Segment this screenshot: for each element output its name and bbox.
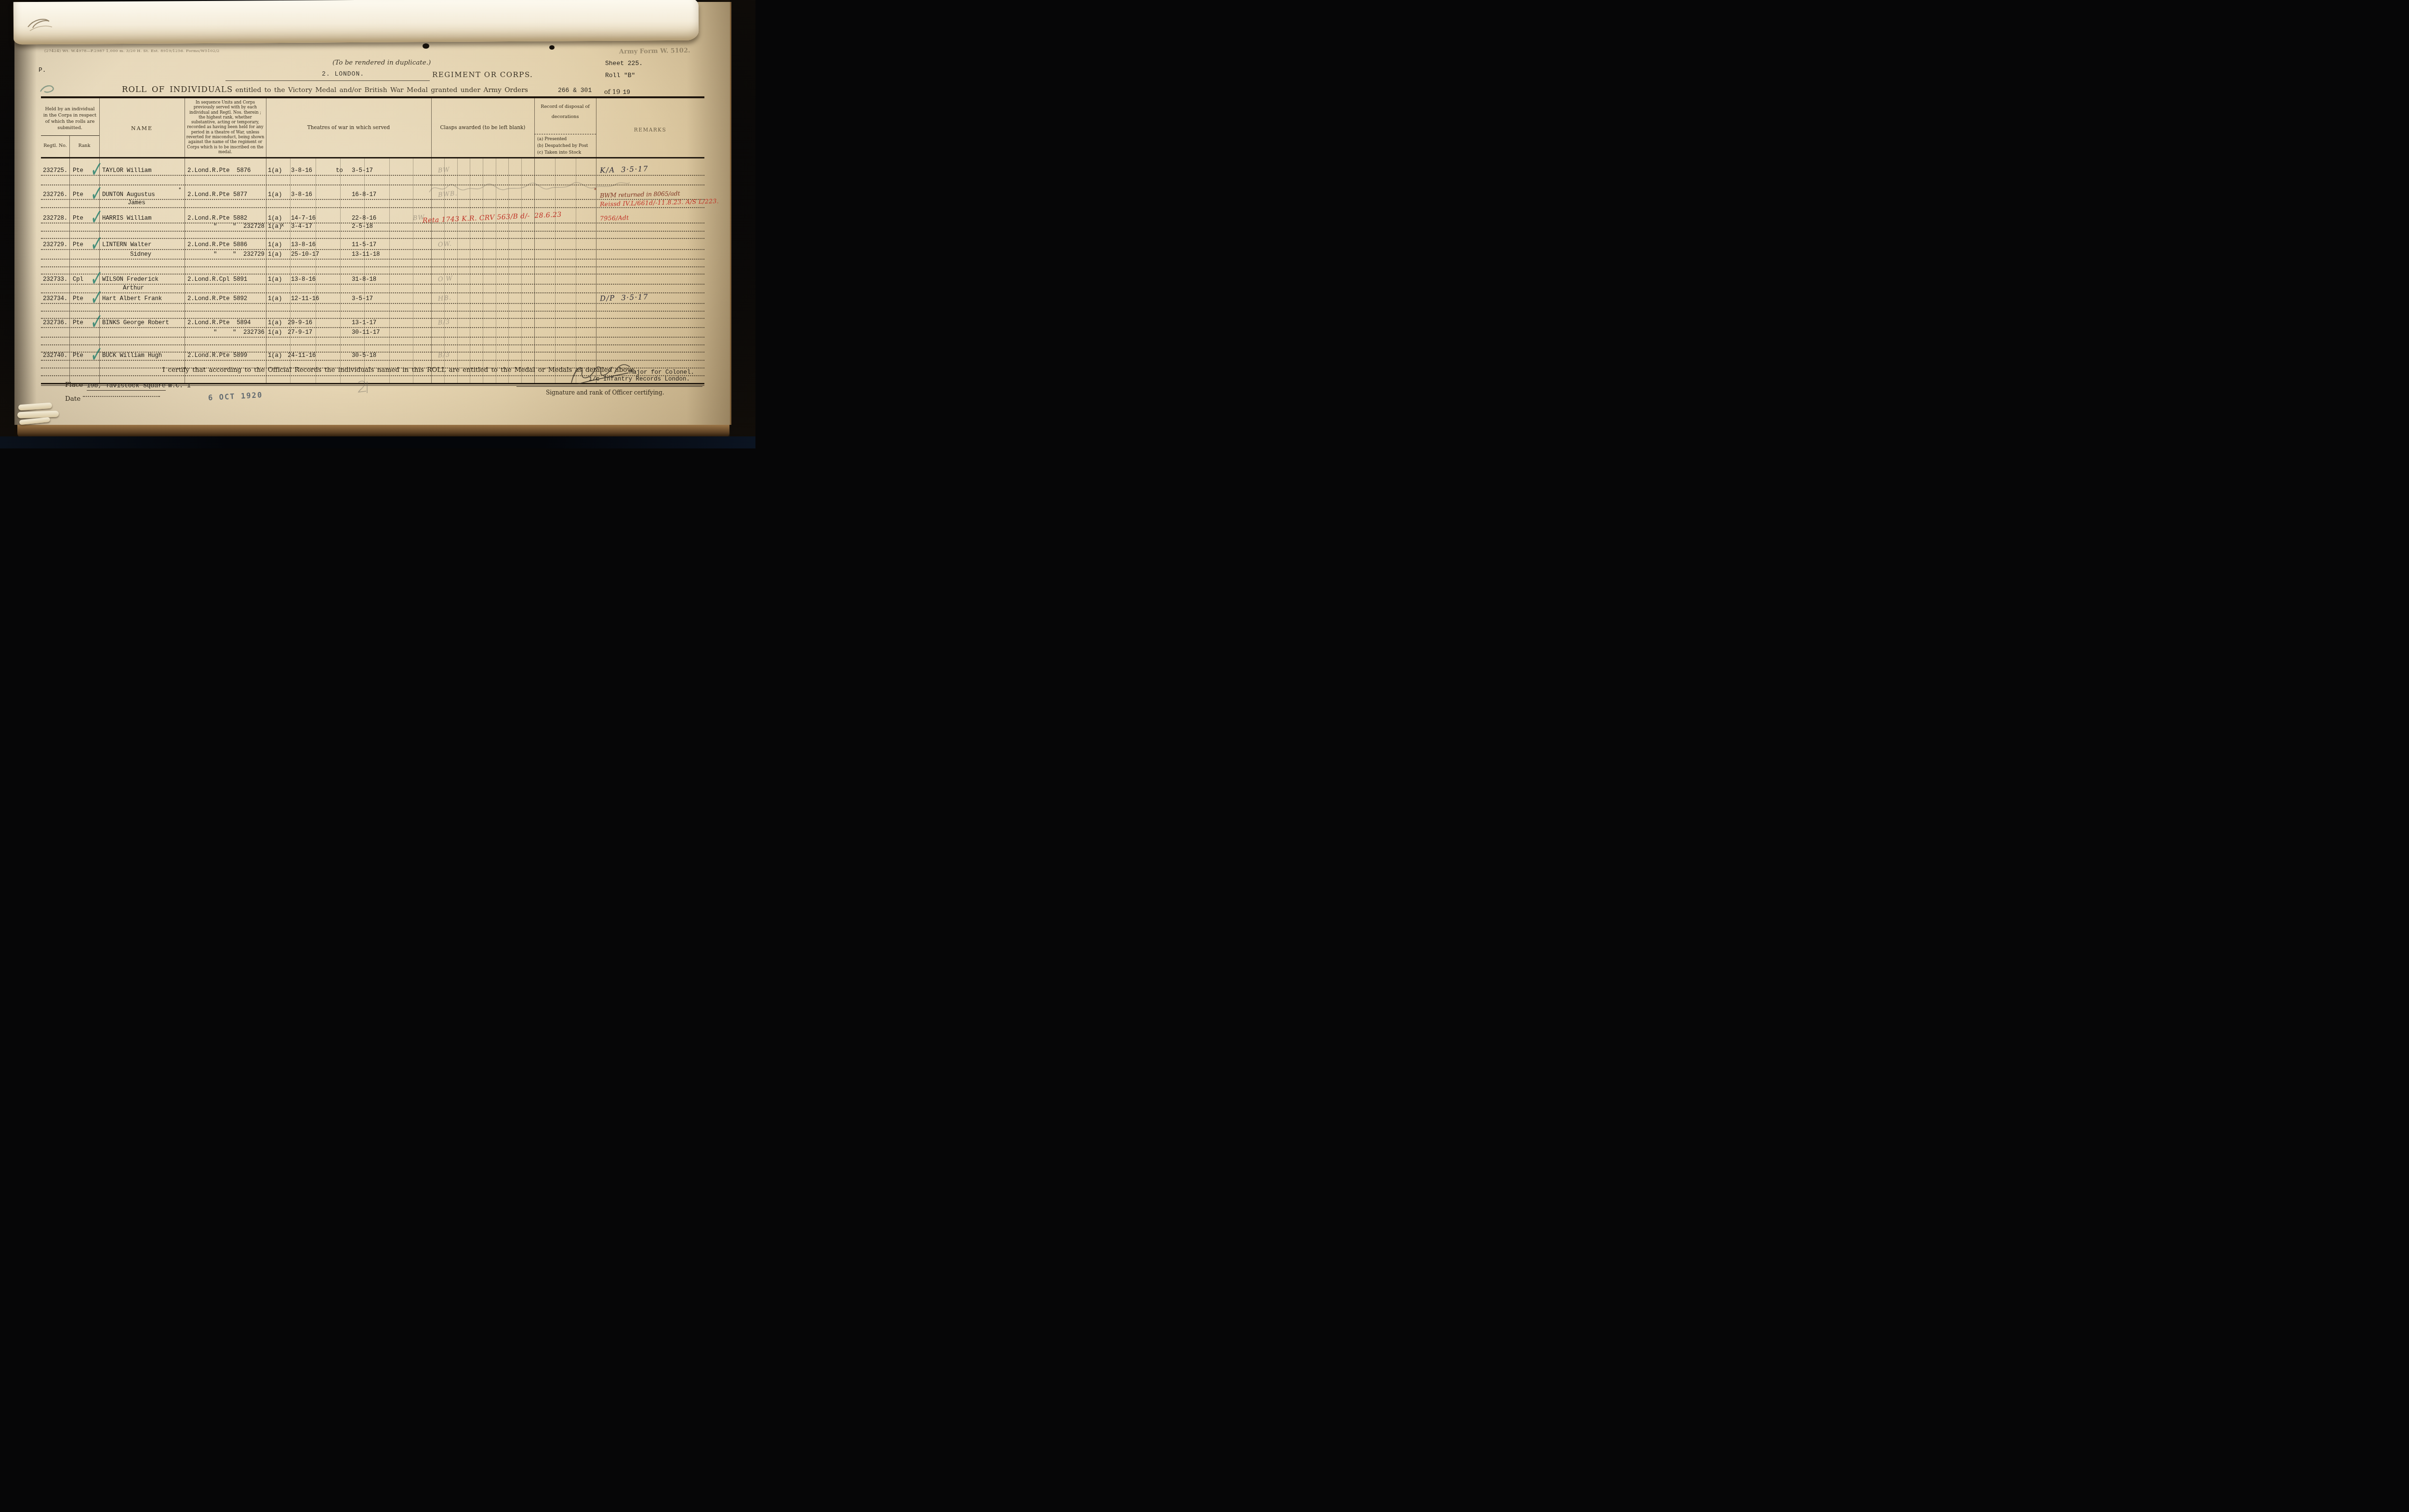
table-header: Held by an individual in the Corps in re… (41, 98, 704, 158)
table-row-empty (41, 267, 704, 275)
regtl-no-value: 232728. (43, 215, 67, 222)
theatre-date-from: 13-8-16 (291, 241, 316, 248)
col-header-disposal-b: (b) Despatched by Post (537, 144, 588, 148)
theatre-to-word: to (336, 167, 343, 174)
regiment-name-value: 2. LONDON. (322, 70, 364, 78)
table-row: 232726.Pte✓DUNTON Augustus*2.Lond.R.Pte … (41, 185, 704, 200)
cell-value: " (213, 251, 217, 258)
unit-served-value: 2.Lond.R.Pte 5894 (187, 319, 251, 326)
held-by-divider (41, 135, 99, 136)
place-value-suffix: W.C. 1 (168, 382, 191, 389)
unit-served-value: 2.Lond.R.Pte 5892 (187, 295, 247, 302)
place-value: 19b, Tavistock Square W.C. 1 (87, 380, 191, 389)
col-header-theatres: Theatres of war in which served (266, 125, 431, 131)
rank-value: Pte (73, 167, 83, 174)
theatre-date-to: 30-11-17 (352, 329, 380, 336)
roll-letter: Roll "B" (605, 72, 635, 79)
regtl-no-value: 232734. (43, 295, 67, 302)
table-row-empty (41, 312, 704, 319)
signature-rule (516, 386, 702, 387)
table-row: Sidney""2327291(a)25-10-1713-11-18 (41, 250, 704, 260)
theatre-date-to: 3-5-17 (352, 295, 373, 302)
pencil-annotation: O W (437, 275, 453, 284)
theatre-date-from: 14-7-16 (291, 215, 316, 222)
army-form-number: Army Form W. 5102. (619, 47, 690, 56)
ink-annotation: * (594, 187, 597, 193)
rank-value: Pte (73, 352, 83, 359)
theatre-date-from: 13-8-16 (291, 276, 316, 283)
name-value: DUNTON Augustus (102, 191, 155, 198)
pencil-annotation: B/3 (437, 318, 450, 327)
binding-hole (549, 45, 555, 50)
page-title-caps: ROLL OF INDIVIDUALS (122, 85, 233, 94)
scanned-medal-roll-page: (27424) Wt. W.4978—P.2987 1,000 m. 3/20 … (0, 0, 755, 448)
theatre-date-to: 22-8-16 (352, 215, 376, 222)
date-rule (83, 396, 160, 397)
cell-value: * (178, 187, 181, 193)
unit-served-value: 2.Lond.R.Pte 5876 (187, 167, 251, 174)
rank-value: Cpl (73, 276, 83, 283)
table-row-empty (41, 338, 704, 345)
signature-caption: Signature and rank of Officer certifying… (546, 389, 664, 396)
officer-rank-line1: Major for Colonel. (629, 369, 694, 376)
name-value: Hart Albert Frank (102, 295, 162, 302)
pencil-annotation: BWB. (437, 190, 458, 198)
duplicate-note: (To be rendered in duplicate.) (332, 59, 431, 66)
regtl-no-value: 232740. (43, 352, 67, 359)
table-row: 232736.Pte✓BINKS George Robert2.Lond.R.P… (41, 319, 704, 328)
disposal-divider (534, 134, 596, 134)
regtl-no-value: 232736. (43, 319, 67, 326)
cell-value: Arthur (123, 285, 144, 291)
theatre-code: 1(a) (268, 319, 282, 326)
page-title: ROLL OF INDIVIDUALS entitled to the Vict… (122, 85, 488, 94)
name-value: BUCK William Hugh (102, 352, 162, 359)
col-header-disposal-title1: Record of disposal of (534, 104, 596, 109)
army-orders-numbers: 266 & 301 (558, 87, 592, 94)
cell-value: Sidney (130, 251, 151, 258)
theatre-code: 1(a) (268, 241, 282, 248)
orders-of-print: of 19 (604, 89, 620, 96)
place-label: Place (65, 381, 83, 389)
remark-value: BWM returned in 8065/adt (600, 190, 680, 199)
pencil-annotation: HB. (437, 294, 451, 302)
rank-value: Pte (73, 191, 83, 198)
theatre-code: 1(a) (268, 167, 282, 174)
table-row: 232734.Pte✓Hart Albert Frank2.Lond.R.Pte… (41, 293, 704, 304)
theatre-code: 1(a) (268, 215, 282, 222)
theatre-date-to: 13-11-18 (352, 251, 380, 258)
cell-value: 232729 (243, 251, 265, 258)
col-header-remarks: REMARKS (596, 127, 704, 133)
theatre-date-to: 3-5-17 (352, 167, 373, 174)
table-row: ""2327281(a)x3-4-172-5-18 (41, 224, 704, 232)
regtl-no-value: 232726. (43, 191, 67, 198)
pencil-annotation: BW (437, 166, 450, 174)
theatre-code: 1(a) (268, 295, 282, 302)
ink-annotation: Reta 1743 K.R. CRV 563/B d/- 28.6.23 (423, 211, 562, 225)
margin-pencil-mark (39, 82, 61, 96)
remark-value: 7956/Adt (600, 214, 629, 222)
regiment-or-corps-label: REGIMENT OR CORPS. (432, 70, 533, 79)
page-title-rest: entitled to the Victory Medal and/or Bri… (235, 86, 528, 94)
unit-served-value: 2.Lond.R.Pte 5886 (187, 241, 247, 248)
theatre-date-to: 11-5-17 (352, 241, 376, 248)
regtl-no-value: 232733. (43, 276, 67, 283)
remark-value: K/A 3·5·17 (600, 164, 649, 175)
date-label: Date (65, 395, 80, 403)
regtl-no-value: 232725. (43, 167, 67, 174)
rank-value: Pte (73, 319, 83, 326)
table-row: 232725.Pte✓TAYLOR William2.Lond.R.Pte 58… (41, 158, 704, 176)
theatre-date-from: 3-4-17 (291, 223, 312, 230)
officer-rank-line2: i/c Infantry Records London. (589, 376, 690, 382)
col-header-regtl-no: Regtl. No. (41, 143, 69, 148)
col-header-name: NAME (99, 125, 185, 131)
cell-value: James (128, 199, 146, 206)
pencil-number-mark (355, 379, 371, 395)
table-row-empty (41, 260, 704, 267)
rank-value: Pte (73, 215, 83, 222)
theatre-code: 1(a) (268, 329, 282, 336)
name-value: HARRIS William (102, 215, 151, 222)
theatre-date-to: 31-8-18 (352, 276, 376, 283)
unit-served-value: 2.Lond.R.Pte 5877 (187, 191, 247, 198)
unit-served-value: 2.Lond.R.Cpl 5891 (187, 276, 247, 283)
cell-value: x (281, 223, 284, 228)
page-letter-mark: P. (39, 66, 46, 74)
cell-value: " (233, 223, 236, 230)
page-curl-top (13, 0, 699, 44)
cell-value: " (233, 329, 236, 336)
book-cover (0, 436, 755, 448)
binding-hole (423, 43, 429, 49)
table-row: 232729.Pte✓LINTERN Walter2.Lond.R.Pte 58… (41, 239, 704, 250)
army-orders-year: of 19 19 (604, 87, 630, 96)
printer-imprint: (27424) Wt. W.4978—P.2987 1,000 m. 3/20 … (44, 49, 220, 53)
regtl-no-value: 232729. (43, 241, 67, 248)
rank-value: Pte (73, 295, 83, 302)
table-row-empty (41, 232, 704, 239)
col-header-held-by: Held by an individual in the Corps in re… (43, 106, 97, 131)
table-row: ""2327361(a)27-9-1730-11-17 (41, 328, 704, 338)
pencil-annotation: OW. (437, 240, 452, 249)
col-header-rank: Rank (69, 143, 99, 148)
theatre-date-to: 30-5-18 (352, 352, 376, 359)
table-row-empty (41, 176, 704, 185)
table-row-empty (41, 345, 704, 353)
table-row: 232733.Cpl✓WILSON Frederick2.Lond.R.Cpl … (41, 275, 704, 285)
regiment-rule (225, 80, 430, 81)
place-value-underlined: 19b, Tavistock Square (87, 382, 166, 391)
cell-value: 232728 (243, 223, 265, 230)
theatre-code: 1(a) (268, 276, 282, 283)
theatre-date-from: 25-10-17 (291, 251, 319, 258)
theatre-date-from: 12-11-16 (291, 295, 319, 302)
table-row: 232728.Pte✓HARRIS William2.Lond.R.Pte 58… (41, 208, 704, 224)
name-value: WILSON Frederick (102, 276, 159, 283)
theatre-date-to: 13-1-17 (352, 319, 376, 326)
cell-value: 24-11-16 (288, 352, 316, 359)
rank-value: Pte (73, 241, 83, 248)
cell-value: " (213, 223, 217, 230)
table-body: 232725.Pte✓TAYLOR William2.Lond.R.Pte 58… (41, 158, 704, 383)
pencil-annotation: B/3 (437, 351, 450, 359)
col-header-units: In sequence Units and Corps previously s… (186, 100, 265, 154)
name-value: TAYLOR William (102, 167, 151, 174)
unit-served-value: 2.Lond.R.Pte 5882 (187, 215, 247, 222)
cell-value: 29-9-16 (288, 319, 312, 326)
cell-value: " (213, 329, 217, 336)
col-header-clasps: Clasps awarded (to be left blank) (431, 125, 534, 131)
col-header-disposal-a: (a) Presented (537, 137, 567, 142)
col-header-disposal-title2: decorations (534, 114, 596, 119)
orders-year-typed: 19 (622, 89, 630, 96)
theatre-date-to: 16-8-17 (352, 191, 376, 198)
table-row-empty (41, 304, 704, 312)
remark-value: D/P 3·5·17 (600, 292, 649, 303)
name-value: LINTERN Walter (102, 241, 151, 248)
medal-roll-table: Held by an individual in the Corps in re… (41, 96, 704, 386)
cell-value: 27-9-17 (288, 329, 312, 336)
col-header-disposal-c: (c) Taken into Stock (537, 150, 581, 155)
theatre-code: 1(a) (268, 251, 282, 258)
sheet-number: Sheet 225. (605, 60, 643, 67)
unit-served-value: 2.Lond.R.Pte 5899 (187, 352, 247, 359)
theatre-code: 1(a) (268, 223, 282, 230)
theatre-date-from: 3-8-16 (291, 167, 312, 174)
name-value: BINKS George Robert (102, 319, 169, 326)
cell-value: " (233, 251, 236, 258)
theatre-date-to: 2-5-18 (352, 223, 373, 230)
certification-statement: I certify that according to the Official… (162, 366, 636, 374)
page-curl-marks (25, 13, 64, 34)
cell-value: 232736 (243, 329, 265, 336)
book-page-edges (17, 425, 729, 437)
theatre-date-from: 3-8-16 (291, 191, 312, 198)
table-row: Arthur (41, 285, 704, 293)
table-row: JamesReissd IV.L/661d/-11.8.23. A/S L/22… (41, 200, 704, 208)
theatre-code: 1(a) (268, 352, 282, 359)
theatre-code: 1(a) (268, 191, 282, 198)
